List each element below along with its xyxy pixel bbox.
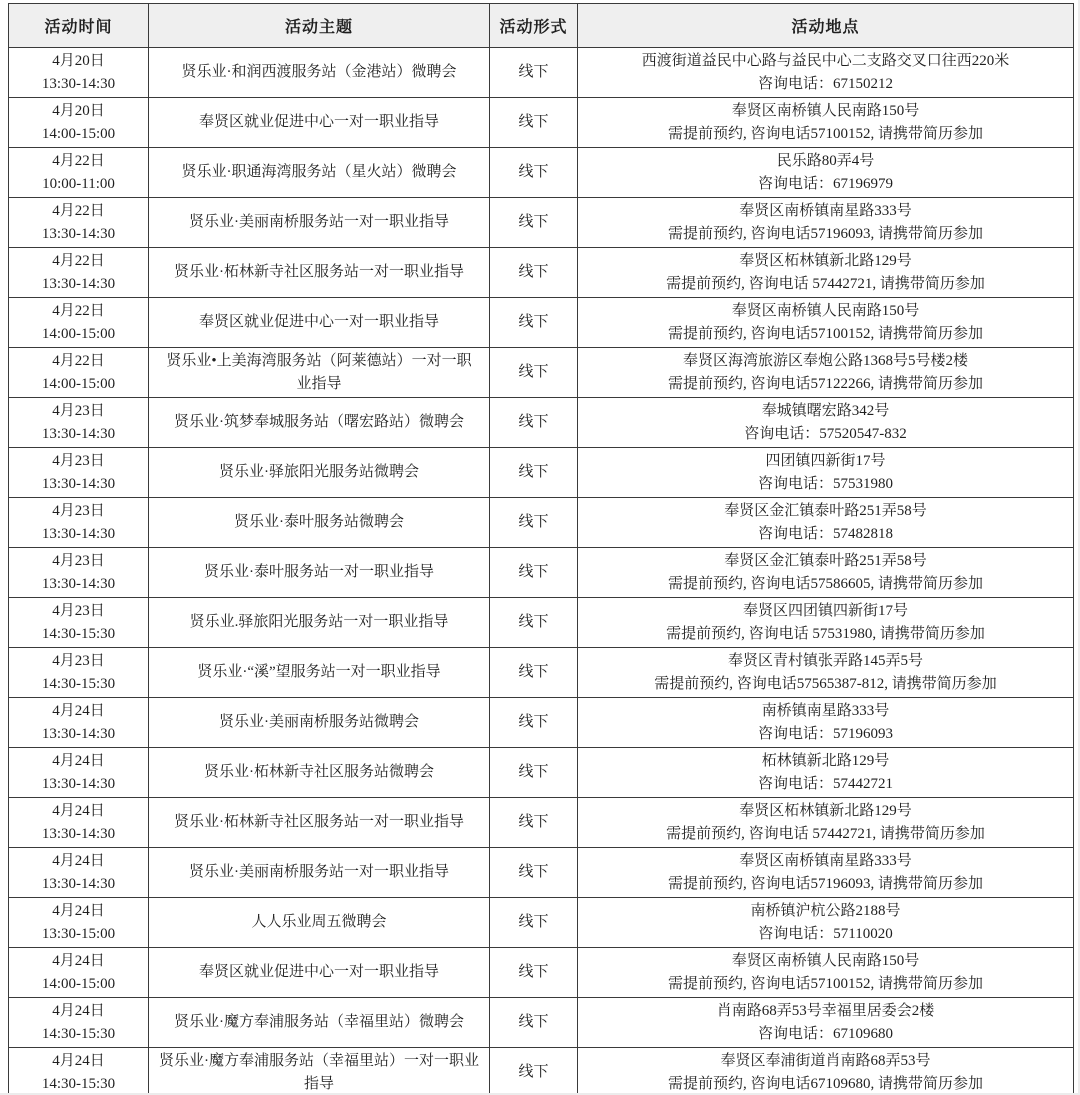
table-row: 4月23日14:30-15:30贤乐业.驿旅阳光服务站一对一职业指导线下奉贤区四… xyxy=(9,598,1074,648)
cell-activity-topic: 贤乐业.驿旅阳光服务站一对一职业指导 xyxy=(149,598,490,648)
cell-activity-format: 线下 xyxy=(490,798,578,848)
cell-activity-format: 线下 xyxy=(490,748,578,798)
table-body: 4月20日13:30-14:30贤乐业·和润西渡服务站（金港站）微聘会线下西渡街… xyxy=(9,48,1074,1095)
cell-activity-topic: 贤乐业·美丽南桥服务站一对一职业指导 xyxy=(149,848,490,898)
table-row: 4月23日13:30-14:30贤乐业·筑梦奉城服务站（曙宏路站）微聘会线下奉城… xyxy=(9,398,1074,448)
cell-activity-location: 柘林镇新北路129号咨询电话：57442721 xyxy=(578,748,1074,798)
cell-activity-topic: 贤乐业·魔方奉浦服务站（幸福里站）微聘会 xyxy=(149,998,490,1048)
table-row: 4月20日14:00-15:00奉贤区就业促进中心一对一职业指导线下奉贤区南桥镇… xyxy=(9,98,1074,148)
cell-activity-location: 奉贤区南桥镇南星路333号需提前预约, 咨询电话57196093, 请携带简历参… xyxy=(578,198,1074,248)
column-header-location: 活动地点 xyxy=(578,4,1074,48)
table-row: 4月24日13:30-14:30贤乐业·柘林新寺社区服务站微聘会线下柘林镇新北路… xyxy=(9,748,1074,798)
cell-activity-topic: 贤乐业·和润西渡服务站（金港站）微聘会 xyxy=(149,48,490,98)
cell-activity-location: 奉贤区南桥镇南星路333号需提前预约, 咨询电话57196093, 请携带简历参… xyxy=(578,848,1074,898)
cell-activity-time: 4月23日14:30-15:30 xyxy=(9,648,149,698)
cell-activity-format: 线下 xyxy=(490,698,578,748)
cell-activity-time: 4月20日14:00-15:00 xyxy=(9,98,149,148)
column-header-format: 活动形式 xyxy=(490,4,578,48)
table-row: 4月24日13:30-15:00人人乐业周五微聘会线下南桥镇沪杭公路2188号咨… xyxy=(9,898,1074,948)
column-header-topic: 活动主题 xyxy=(149,4,490,48)
cell-activity-location: 奉贤区青村镇张弄路145弄5号需提前预约, 咨询电话57565387-812, … xyxy=(578,648,1074,698)
table-row: 4月24日14:30-15:30贤乐业·魔方奉浦服务站（幸福里站）一对一职业指导… xyxy=(9,1048,1074,1095)
cell-activity-location: 奉城镇曙宏路342号咨询电话：57520547-832 xyxy=(578,398,1074,448)
cell-activity-location: 奉贤区金汇镇泰叶路251弄58号咨询电话：57482818 xyxy=(578,498,1074,548)
cell-activity-time: 4月22日14:00-15:00 xyxy=(9,298,149,348)
cell-activity-topic: 人人乐业周五微聘会 xyxy=(149,898,490,948)
cell-activity-time: 4月22日10:00-11:00 xyxy=(9,148,149,198)
cell-activity-topic: 奉贤区就业促进中心一对一职业指导 xyxy=(149,298,490,348)
column-header-time: 活动时间 xyxy=(9,4,149,48)
activity-schedule-table: 活动时间 活动主题 活动形式 活动地点 4月20日13:30-14:30贤乐业·… xyxy=(8,3,1074,1095)
cell-activity-topic: 贤乐业·柘林新寺社区服务站一对一职业指导 xyxy=(149,248,490,298)
cell-activity-location: 奉贤区南桥镇人民南路150号需提前预约, 咨询电话57100152, 请携带简历… xyxy=(578,98,1074,148)
cell-activity-format: 线下 xyxy=(490,298,578,348)
cell-activity-topic: 贤乐业·泰叶服务站一对一职业指导 xyxy=(149,548,490,598)
cell-activity-location: 南桥镇沪杭公路2188号咨询电话：57110020 xyxy=(578,898,1074,948)
cell-activity-format: 线下 xyxy=(490,598,578,648)
cell-activity-topic: 贤乐业·美丽南桥服务站一对一职业指导 xyxy=(149,198,490,248)
table-row: 4月23日14:30-15:30贤乐业·“溪”望服务站一对一职业指导线下奉贤区青… xyxy=(9,648,1074,698)
cell-activity-time: 4月24日14:30-15:30 xyxy=(9,1048,149,1095)
cell-activity-location: 奉贤区金汇镇泰叶路251弄58号需提前预约, 咨询电话57586605, 请携带… xyxy=(578,548,1074,598)
cell-activity-topic: 贤乐业·柘林新寺社区服务站微聘会 xyxy=(149,748,490,798)
cell-activity-time: 4月24日13:30-14:30 xyxy=(9,848,149,898)
cell-activity-format: 线下 xyxy=(490,48,578,98)
cell-activity-topic: 贤乐业·美丽南桥服务站微聘会 xyxy=(149,698,490,748)
cell-activity-time: 4月20日13:30-14:30 xyxy=(9,48,149,98)
cell-activity-topic: 贤乐业•上美海湾服务站（阿莱德站）一对一职业指导 xyxy=(149,348,490,398)
table-row: 4月24日13:30-14:30贤乐业·柘林新寺社区服务站一对一职业指导线下奉贤… xyxy=(9,798,1074,848)
cell-activity-topic: 贤乐业·驿旅阳光服务站微聘会 xyxy=(149,448,490,498)
cell-activity-topic: 贤乐业·职通海湾服务站（星火站）微聘会 xyxy=(149,148,490,198)
cell-activity-format: 线下 xyxy=(490,198,578,248)
cell-activity-format: 线下 xyxy=(490,848,578,898)
table-row: 4月22日14:00-15:00贤乐业•上美海湾服务站（阿莱德站）一对一职业指导… xyxy=(9,348,1074,398)
cell-activity-topic: 贤乐业·“溪”望服务站一对一职业指导 xyxy=(149,648,490,698)
cell-activity-format: 线下 xyxy=(490,548,578,598)
cell-activity-format: 线下 xyxy=(490,1048,578,1095)
cell-activity-time: 4月24日14:00-15:00 xyxy=(9,948,149,998)
cell-activity-time: 4月22日14:00-15:00 xyxy=(9,348,149,398)
page: 活动时间 活动主题 活动形式 活动地点 4月20日13:30-14:30贤乐业·… xyxy=(0,0,1080,1095)
cell-activity-location: 民乐路80弄4号咨询电话：67196979 xyxy=(578,148,1074,198)
header-row: 活动时间 活动主题 活动形式 活动地点 xyxy=(9,4,1074,48)
cell-activity-time: 4月23日14:30-15:30 xyxy=(9,598,149,648)
cell-activity-topic: 奉贤区就业促进中心一对一职业指导 xyxy=(149,948,490,998)
cell-activity-time: 4月23日13:30-14:30 xyxy=(9,498,149,548)
cell-activity-time: 4月24日13:30-14:30 xyxy=(9,798,149,848)
cell-activity-time: 4月24日13:30-15:00 xyxy=(9,898,149,948)
cell-activity-format: 线下 xyxy=(490,98,578,148)
cell-activity-format: 线下 xyxy=(490,998,578,1048)
cell-activity-format: 线下 xyxy=(490,448,578,498)
cell-activity-format: 线下 xyxy=(490,898,578,948)
cell-activity-topic: 贤乐业·柘林新寺社区服务站一对一职业指导 xyxy=(149,798,490,848)
cell-activity-topic: 奉贤区就业促进中心一对一职业指导 xyxy=(149,98,490,148)
cell-activity-location: 奉贤区奉浦街道肖南路68弄53号需提前预约, 咨询电话67109680, 请携带… xyxy=(578,1048,1074,1095)
cell-activity-time: 4月22日13:30-14:30 xyxy=(9,198,149,248)
table-row: 4月24日13:30-14:30贤乐业·美丽南桥服务站一对一职业指导线下奉贤区南… xyxy=(9,848,1074,898)
cell-activity-location: 肖南路68弄53号幸福里居委会2楼咨询电话：67109680 xyxy=(578,998,1074,1048)
table-row: 4月22日13:30-14:30贤乐业·美丽南桥服务站一对一职业指导线下奉贤区南… xyxy=(9,198,1074,248)
table-row: 4月23日13:30-14:30贤乐业·驿旅阳光服务站微聘会线下四团镇四新街17… xyxy=(9,448,1074,498)
cell-activity-time: 4月24日13:30-14:30 xyxy=(9,698,149,748)
cell-activity-location: 南桥镇南星路333号咨询电话：57196093 xyxy=(578,698,1074,748)
table-row: 4月24日14:00-15:00奉贤区就业促进中心一对一职业指导线下奉贤区南桥镇… xyxy=(9,948,1074,998)
cell-activity-time: 4月23日13:30-14:30 xyxy=(9,398,149,448)
cell-activity-location: 奉贤区柘林镇新北路129号需提前预约, 咨询电话 57442721, 请携带简历… xyxy=(578,248,1074,298)
cell-activity-topic: 贤乐业·魔方奉浦服务站（幸福里站）一对一职业指导 xyxy=(149,1048,490,1095)
cell-activity-location: 四团镇四新街17号咨询电话：57531980 xyxy=(578,448,1074,498)
table-row: 4月20日13:30-14:30贤乐业·和润西渡服务站（金港站）微聘会线下西渡街… xyxy=(9,48,1074,98)
table-row: 4月24日13:30-14:30贤乐业·美丽南桥服务站微聘会线下南桥镇南星路33… xyxy=(9,698,1074,748)
cell-activity-format: 线下 xyxy=(490,348,578,398)
table-row: 4月24日14:30-15:30贤乐业·魔方奉浦服务站（幸福里站）微聘会线下肖南… xyxy=(9,998,1074,1048)
table-row: 4月22日10:00-11:00贤乐业·职通海湾服务站（星火站）微聘会线下民乐路… xyxy=(9,148,1074,198)
cell-activity-time: 4月23日13:30-14:30 xyxy=(9,448,149,498)
cell-activity-topic: 贤乐业·泰叶服务站微聘会 xyxy=(149,498,490,548)
cell-activity-location: 奉贤区南桥镇人民南路150号需提前预约, 咨询电话57100152, 请携带简历… xyxy=(578,948,1074,998)
cell-activity-location: 奉贤区四团镇四新街17号需提前预约, 咨询电话 57531980, 请携带简历参… xyxy=(578,598,1074,648)
table-row: 4月23日13:30-14:30贤乐业·泰叶服务站微聘会线下奉贤区金汇镇泰叶路2… xyxy=(9,498,1074,548)
table-header: 活动时间 活动主题 活动形式 活动地点 xyxy=(9,4,1074,48)
cell-activity-time: 4月24日13:30-14:30 xyxy=(9,748,149,798)
cell-activity-topic: 贤乐业·筑梦奉城服务站（曙宏路站）微聘会 xyxy=(149,398,490,448)
cell-activity-format: 线下 xyxy=(490,248,578,298)
table-row: 4月23日13:30-14:30贤乐业·泰叶服务站一对一职业指导线下奉贤区金汇镇… xyxy=(9,548,1074,598)
cell-activity-location: 西渡街道益民中心路与益民中心二支路交叉口往西220米咨询电话：67150212 xyxy=(578,48,1074,98)
cell-activity-format: 线下 xyxy=(490,148,578,198)
cell-activity-format: 线下 xyxy=(490,398,578,448)
cell-activity-location: 奉贤区柘林镇新北路129号需提前预约, 咨询电话 57442721, 请携带简历… xyxy=(578,798,1074,848)
cell-activity-location: 奉贤区海湾旅游区奉炮公路1368号5号楼2楼需提前预约, 咨询电话5712226… xyxy=(578,348,1074,398)
cell-activity-format: 线下 xyxy=(490,648,578,698)
table-row: 4月22日14:00-15:00奉贤区就业促进中心一对一职业指导线下奉贤区南桥镇… xyxy=(9,298,1074,348)
cell-activity-format: 线下 xyxy=(490,498,578,548)
table-row: 4月22日13:30-14:30贤乐业·柘林新寺社区服务站一对一职业指导线下奉贤… xyxy=(9,248,1074,298)
cell-activity-time: 4月22日13:30-14:30 xyxy=(9,248,149,298)
cell-activity-time: 4月24日14:30-15:30 xyxy=(9,998,149,1048)
cell-activity-format: 线下 xyxy=(490,948,578,998)
cell-activity-location: 奉贤区南桥镇人民南路150号需提前预约, 咨询电话57100152, 请携带简历… xyxy=(578,298,1074,348)
cell-activity-time: 4月23日13:30-14:30 xyxy=(9,548,149,598)
